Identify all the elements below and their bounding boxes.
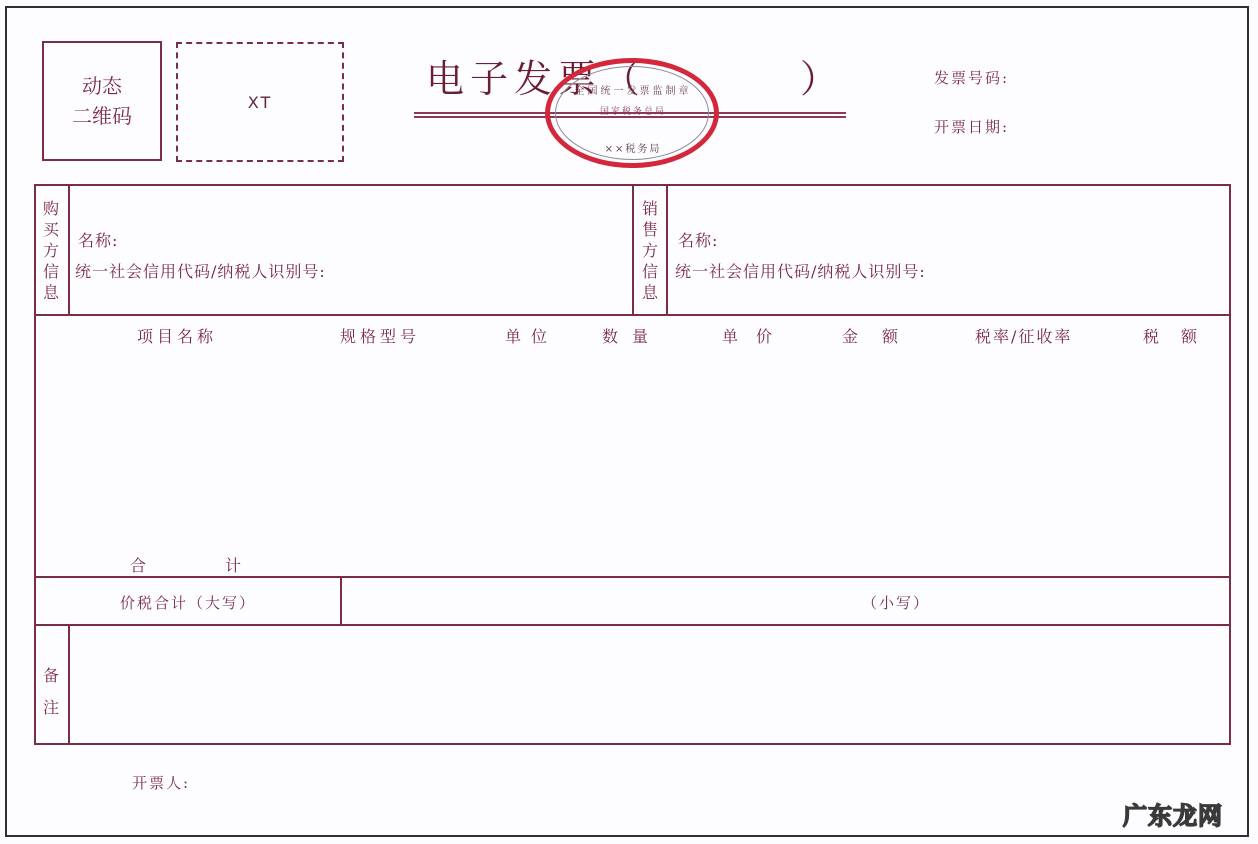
buyer-label-char: 息 <box>43 282 59 303</box>
seller-label-divider <box>666 184 668 315</box>
column-header-amount: 金额 <box>842 324 922 347</box>
remarks-section-label: 备 注 <box>34 660 68 724</box>
seal-top-text: 全国统一发票监制章 <box>560 82 706 97</box>
xt-box: XT <box>176 42 344 162</box>
total-lowercase-label: （小写） <box>862 592 930 613</box>
seller-label-char: 售 <box>642 219 658 240</box>
watermark: 广东龙网 <box>1123 796 1223 831</box>
dynamic-qr-code-box: 动态 二维码 <box>42 41 162 161</box>
total-row-bottom <box>34 624 1231 626</box>
seller-section-label: 销 售 方 信 息 <box>634 198 666 303</box>
xt-label: XT <box>248 93 272 112</box>
subtotal-label-part2: 计 <box>225 553 243 576</box>
seal-bottom-text: ××税务局 <box>590 140 676 155</box>
seller-tax-id-label: 统一社会信用代码/纳税人识别号: <box>675 259 926 282</box>
seller-label-char: 销 <box>642 198 658 219</box>
remarks-label-divider <box>68 624 70 745</box>
subtotal-label-part1: 合 <box>130 553 148 576</box>
invoice-date-label: 开票日期: <box>934 116 1009 137</box>
column-header-tax-amount: 税额 <box>1143 324 1219 347</box>
buyer-section-label: 购 买 方 信 息 <box>34 198 68 303</box>
total-row-divider <box>340 576 342 625</box>
column-header-quantity: 数量 <box>602 324 662 347</box>
seal-middle-text: 国家税务总局 <box>570 104 696 117</box>
column-header-unit-price: 单价 <box>722 324 790 347</box>
subtotal-row-bottom <box>34 576 1231 578</box>
invoice-number-label: 发票号码: <box>934 67 1009 88</box>
qr-label-line2: 二维码 <box>72 101 132 131</box>
buyer-label-char: 信 <box>43 261 59 282</box>
seller-label-char: 信 <box>642 261 658 282</box>
seller-label-char: 方 <box>642 240 658 261</box>
column-header-tax-rate: 税率/征收率 <box>975 324 1072 347</box>
column-header-spec: 规格型号 <box>340 324 420 347</box>
buyer-label-char: 方 <box>43 240 59 261</box>
remarks-label-char: 备 <box>43 660 59 692</box>
buyer-tax-id-label: 统一社会信用代码/纳税人识别号: <box>75 259 326 282</box>
invoice-title-close: ） <box>800 48 838 103</box>
party-row-bottom <box>34 314 1231 316</box>
buyer-label-divider <box>68 184 70 315</box>
seller-name-label: 名称: <box>678 228 718 251</box>
remarks-label-char: 注 <box>43 692 59 724</box>
issuer-label: 开票人: <box>132 772 190 793</box>
seller-label-char: 息 <box>642 282 658 303</box>
buyer-label-char: 买 <box>43 219 59 240</box>
qr-label-line1: 动态 <box>82 71 122 101</box>
buyer-name-label: 名称: <box>78 228 118 251</box>
total-uppercase-label: 价税合计（大写） <box>120 592 256 613</box>
column-header-unit: 单位 <box>505 324 557 347</box>
buyer-label-char: 购 <box>43 198 59 219</box>
column-header-item-name: 项目名称 <box>137 324 217 347</box>
